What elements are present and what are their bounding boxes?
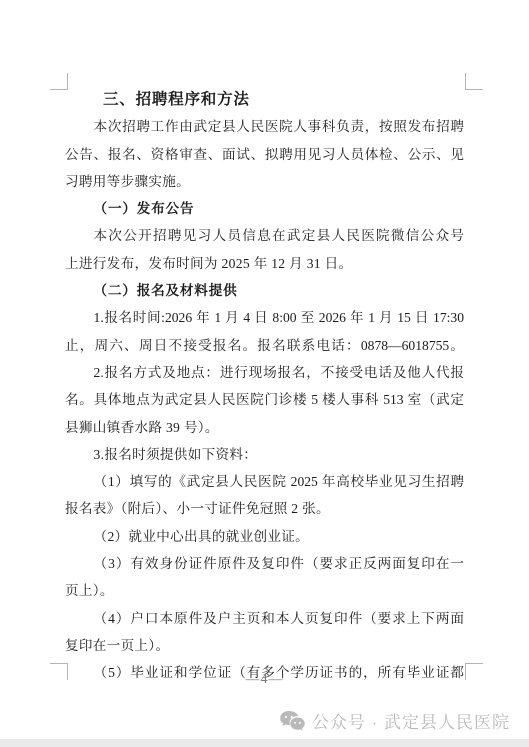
document-line: 3.报名时须提供如下资料： xyxy=(65,441,464,468)
document-line: （一）发布公告 xyxy=(65,195,464,222)
footer-band xyxy=(0,739,529,747)
document-line: 止，周六、周日不接受报名。报名联系电话：0878—6018755。 xyxy=(65,332,464,359)
document-line: （1）填写的《武定县人民医院 2025 年高校毕业见习生招聘 xyxy=(65,468,464,495)
document-line: 复印在一页上）。 xyxy=(65,632,464,659)
document-line: （3）有效身份证件原件及复印件（要求正反两面复印在一 xyxy=(65,550,464,577)
document-line: 报名表》（附后）、小一寸证件免冠照 2 张。 xyxy=(65,495,464,522)
document-line: 2.报名方式及地点：进行现场报名，不接受电话及他人代报 xyxy=(65,359,464,386)
document-page: 三、招聘程序和方法本次招聘工作由武定县人民医院人事科负责，按照发布招聘公告、报名… xyxy=(0,0,529,747)
document-line: 习聘用等步骤实施。 xyxy=(65,168,464,195)
document-line: 本次招聘工作由武定县人民医院人事科负责，按照发布招聘 xyxy=(65,113,464,140)
document-body: 三、招聘程序和方法本次招聘工作由武定县人民医院人事科负责，按照发布招聘公告、报名… xyxy=(65,86,464,687)
document-line: 名。具体地点为武定县人民医院门诊楼 5 楼人事科 513 室（武定 xyxy=(65,386,464,413)
document-line: 1.报名时间:2026 年 1 月 4 日 8:00 至 2026 年 1 月 … xyxy=(65,304,464,331)
document-line: （4）户口本原件及户主页和本人页复印件（要求上下两面 xyxy=(65,605,464,632)
page-number: —4— xyxy=(0,672,529,688)
document-line: 本次公开招聘见习人员信息在武定县人民医院微信公众号 xyxy=(65,222,464,249)
watermark-text: 公众号 · 武定县人民医院 xyxy=(312,708,510,733)
document-line: 页上）。 xyxy=(65,577,464,604)
document-line: 县狮山镇香水路 39 号）。 xyxy=(65,414,464,441)
document-line: 三、招聘程序和方法 xyxy=(65,86,464,113)
wechat-icon xyxy=(279,710,305,732)
wechat-watermark: 公众号 · 武定县人民医院 xyxy=(279,708,510,733)
document-line: （2）就业中心出具的就业创业证。 xyxy=(65,523,464,550)
document-line: 公告、报名、资格审查、面试、拟聘用见习人员体检、公示、见 xyxy=(65,141,464,168)
crop-mark-top-right xyxy=(465,73,483,90)
document-line: （二）报名及材料提供 xyxy=(65,277,464,304)
document-line: 上进行发布，发布时间为 2025 年 12 月 31 日。 xyxy=(65,250,464,277)
